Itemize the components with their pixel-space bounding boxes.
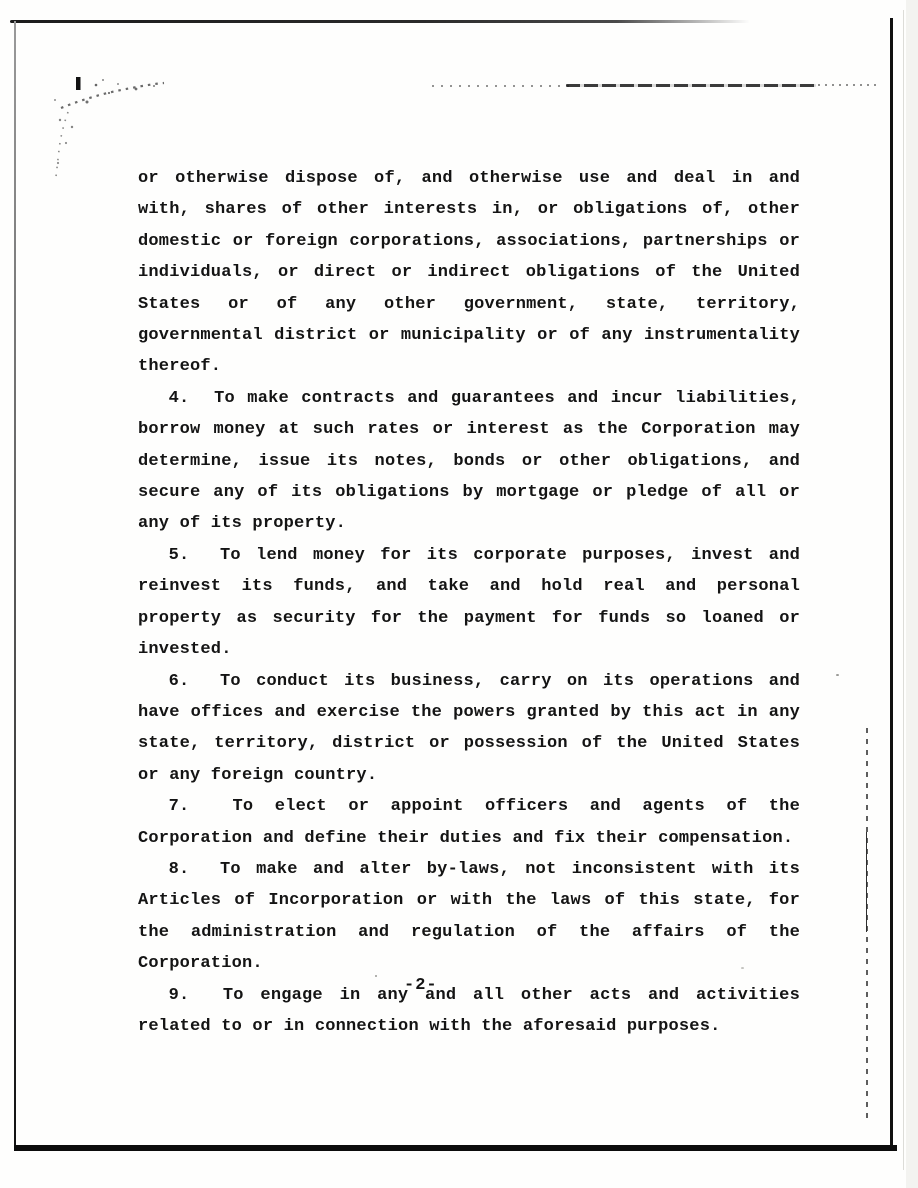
scan-dashed-line-artifact [566, 84, 816, 87]
page-border-right [890, 18, 893, 1150]
paragraph-item-8: 8. To make and alter by-laws, not incons… [138, 854, 800, 980]
paragraph-item-7: 7. To elect or appoint officers and agen… [138, 791, 800, 854]
document-body: or otherwise dispose of, and otherwise u… [138, 163, 800, 1042]
paragraph-intro-continuation: or otherwise dispose of, and otherwise u… [138, 163, 800, 383]
scan-edge-strip [906, 0, 918, 1188]
scan-speck [836, 674, 839, 676]
page-number: -2- [404, 976, 438, 995]
scan-edge-faint-line [903, 10, 904, 1170]
scan-vertical-solid-artifact [866, 832, 867, 932]
paragraph-item-4: 4. To make contracts and guarantees and … [138, 383, 800, 540]
page-border-bottom [14, 1145, 897, 1151]
page-border-top [10, 20, 750, 23]
scan-speckle-line-artifact [818, 84, 880, 86]
scan-dotted-line-artifact [432, 85, 572, 87]
paragraph-item-9: 9. To engage in any and all other acts a… [138, 980, 800, 1043]
scanned-document-page: or otherwise dispose of, and otherwise u… [0, 0, 918, 1188]
paragraph-item-6: 6. To conduct its business, carry on its… [138, 666, 800, 792]
page-border-left [14, 21, 16, 1148]
paragraph-item-5: 5. To lend money for its corporate purpo… [138, 540, 800, 666]
